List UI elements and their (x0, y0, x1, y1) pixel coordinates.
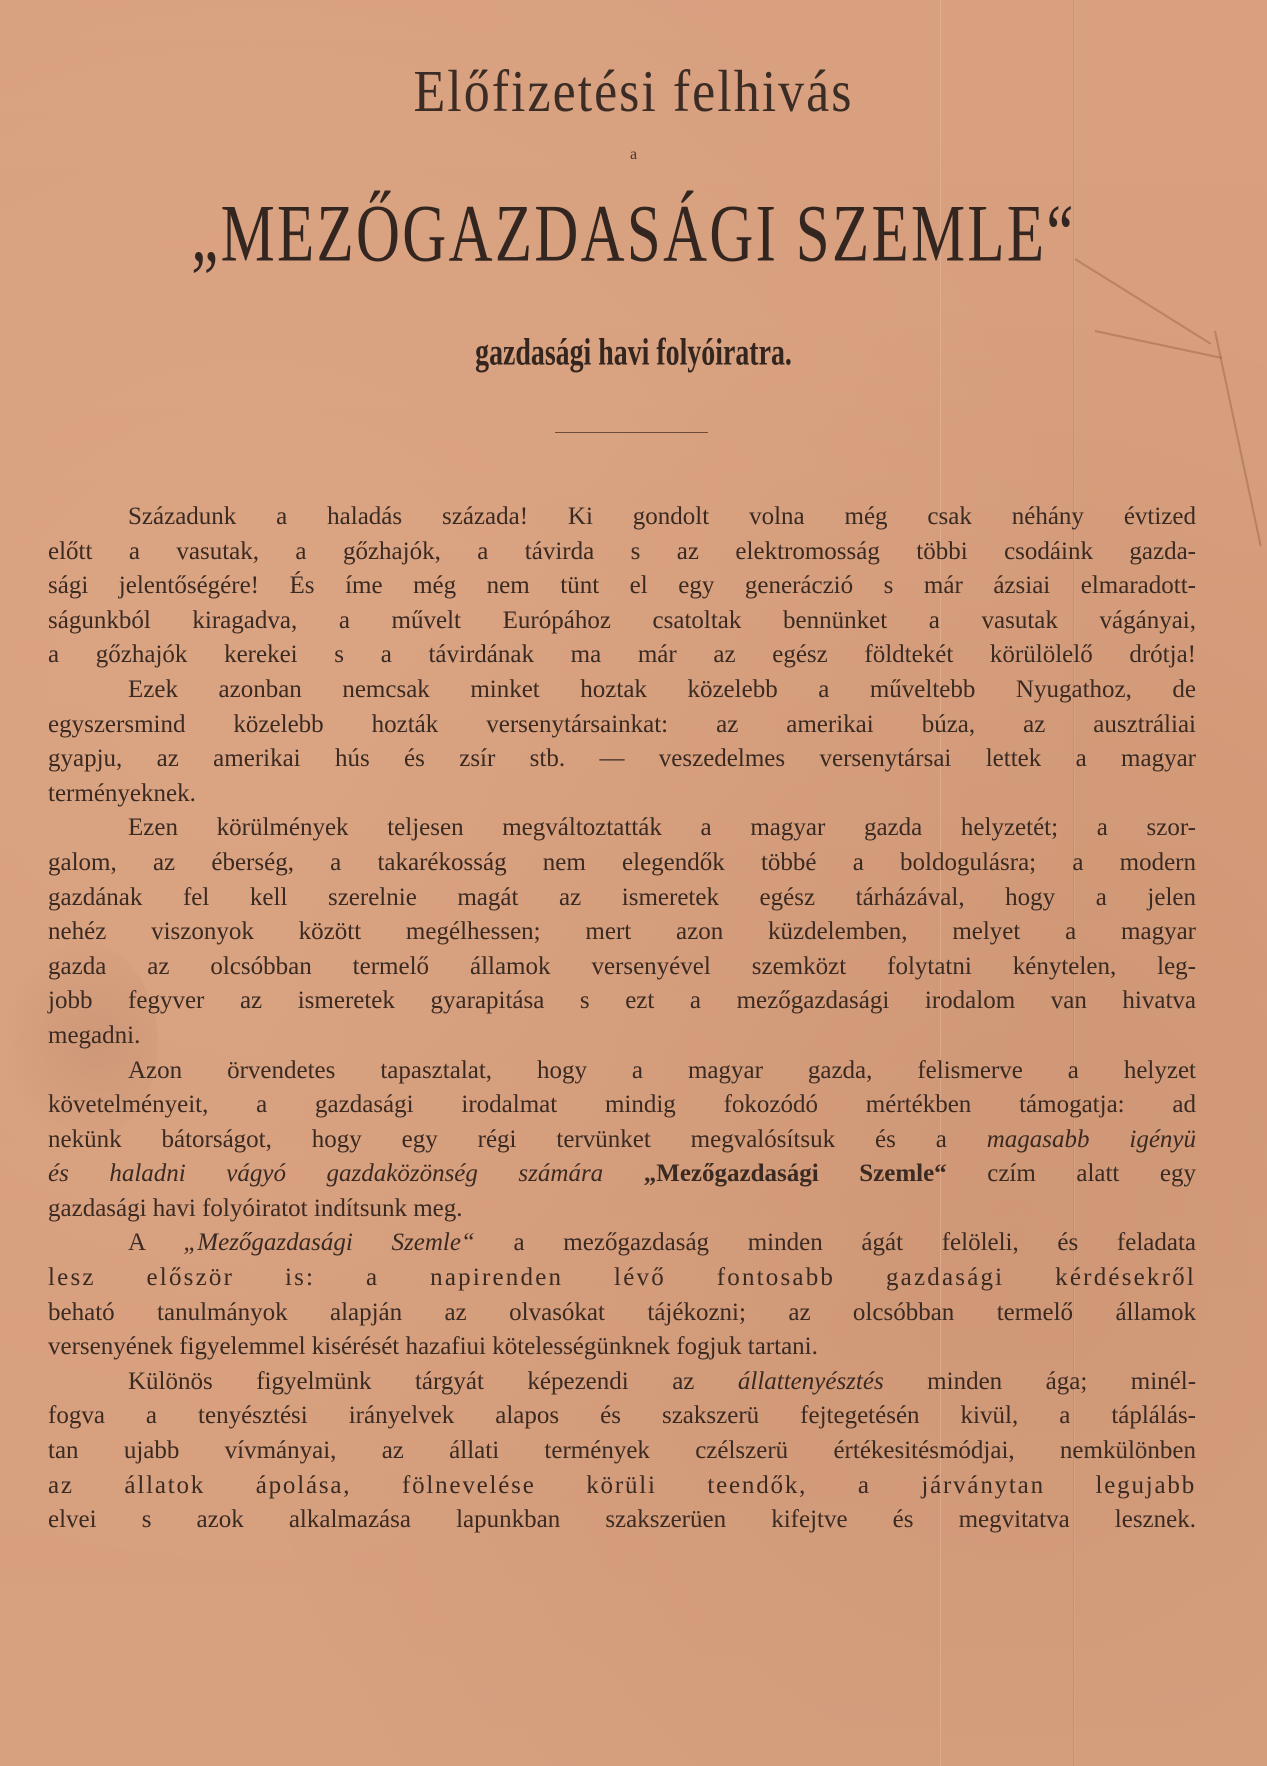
text-line: a gőzhajók kerekei s a távirdának ma már… (48, 638, 1196, 673)
text-line: követelményeit, a gazdasági irodalmat mi… (48, 1088, 1196, 1123)
text-line: jobb fegyver az ismeretek gyarapitása s … (48, 984, 1196, 1019)
text-line: sági jelentőségére! És íme még nem tünt … (48, 569, 1196, 604)
text-line: Századunk a haladás százada! Ki gondolt … (48, 500, 1196, 535)
text-line: előtt a vasutak, a gőzhajók, a távirda s… (48, 535, 1196, 570)
italic-text: állattenyésztés (738, 1368, 884, 1395)
text-line: fogva a tenyésztési irányelvek alapos és… (48, 1399, 1196, 1434)
text-line: galom, az éberség, a takarékosság nem el… (48, 846, 1196, 881)
text-run: minden ága; minél- (927, 1368, 1196, 1395)
text-line: gyapju, az amerikai hús és zsír stb. — v… (48, 742, 1196, 777)
divider-rule (555, 432, 708, 433)
heading-connector: a (0, 146, 1267, 164)
text-line: versenyének figyelemmel kisérését hazafi… (48, 1330, 1196, 1365)
text-line: megadni. (48, 1019, 1196, 1054)
text-line: egyszersmind közelebb hozták versenytárs… (48, 708, 1196, 743)
text-run: nekünk bátorságot, hogy egy régi tervünk… (48, 1126, 947, 1153)
text-line: Különös figyelmünk tárgyát képezendi az … (48, 1365, 1196, 1400)
journal-title: „MEZŐGAZDASÁGI SZEMLE“ (139, 186, 1127, 281)
text-run: Különös figyelmünk tárgyát képezendi az (128, 1368, 694, 1395)
text-line: ságunkból kiragadva, a művelt Európához … (48, 604, 1196, 639)
text-line: tan ujabb vívmányai, az állati termények… (48, 1434, 1196, 1469)
text-line: nehéz viszonyok között megélhessen; mert… (48, 915, 1196, 950)
text-line: Ezek azonban nemcsak minket hoztak közel… (48, 673, 1196, 708)
italic-text: és haladni vágyó gazdaközönség számára (48, 1160, 603, 1187)
italic-journal-name: „Mezőgazdasági Szemle“ (183, 1229, 474, 1256)
text-line: nekünk bátorságot, hogy egy régi tervünk… (48, 1123, 1196, 1158)
text-line: beható tanulmányok alapján az olvasókat … (48, 1296, 1196, 1331)
body-text: Századunk a haladás százada! Ki gondolt … (48, 500, 1196, 1538)
text-line: Azon örvendetes tapasztalat, hogy a magy… (48, 1054, 1196, 1089)
text-line: terményeknek. (48, 777, 1196, 812)
text-line: gazda az olcsóbban termelő államok verse… (48, 950, 1196, 985)
document-heading: Előfizetési felhivás (0, 58, 1267, 126)
bold-journal-name: „Mezőgazdasági Szemle“ (644, 1160, 947, 1187)
text-run: A (128, 1229, 145, 1256)
text-run: a mezőgazdaság minden ágát felöleli, és … (514, 1229, 1197, 1256)
text-line: A „Mezőgazdasági Szemle“ a mezőgazdaság … (48, 1226, 1196, 1261)
text-line: elvei s azok alkalmazása lapunkban szaks… (48, 1503, 1196, 1538)
text-line: lesz először is: a napirenden lévő fonto… (48, 1261, 1196, 1296)
text-line: gazdasági havi folyóiratot indítsunk meg… (48, 1192, 1196, 1227)
text-line: és haladni vágyó gazdaközönség számára „… (48, 1157, 1196, 1192)
text-line: az állatok ápolása, fölnevelése körüli t… (48, 1469, 1196, 1504)
text-line: Ezen körülmények teljesen megváltoztattá… (48, 811, 1196, 846)
document-subtitle: gazdasági havi folyóiratra. (114, 332, 1153, 375)
italic-text: magasabb igényü (987, 1126, 1196, 1153)
text-line: gazdának fel kell szerelnie magát az ism… (48, 881, 1196, 916)
text-run: czím alatt egy (987, 1160, 1196, 1187)
